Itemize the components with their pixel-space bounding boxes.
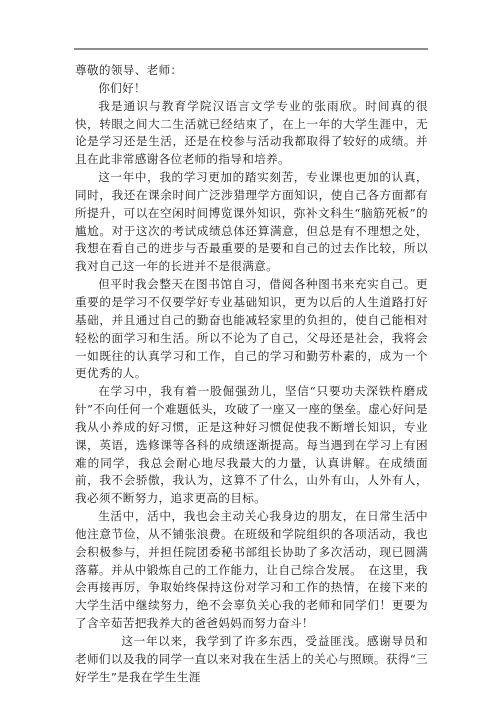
document-page: 尊敬的领导、老师： 你们好！ 我是通识与教育学院汉语言文学专业的张雨欣。时间真的… [0, 0, 500, 707]
paragraph-library-study: 但平时我会整天在图书馆自习，借阅各种图书来充实自己。更重要的是学习不仅要学好专业… [75, 276, 428, 383]
paragraph-introduction: 我是通识与教育学院汉语言文学专业的张雨欣。时间真的很快，转眼之间大二生活就已经结… [75, 98, 428, 169]
paragraph-perseverance: 在学习中，我有着一股倔强劲儿，坚信“只要功夫深铁杵磨成针”不向任何一个难题低头，… [75, 383, 428, 508]
paragraph-study-progress: 这一年中，我的学习更加的踏实刻苦，专业课也更加的认真，同时，我还在课余时间广泛涉… [75, 169, 428, 276]
paragraph-gratitude: 这一年以来，我学到了许多东西，受益匪浅。感谢导员和老师们以及我的同学一直以来对我… [75, 633, 428, 687]
paragraph-life: 生活中，活中，我也会主动关心我身边的朋友，在日常生活中他注意节俭，从不铺张浪费。… [75, 508, 428, 633]
document-body: 尊敬的领导、老师： 你们好！ 我是通识与教育学院汉语言文学专业的张雨欣。时间真的… [75, 62, 428, 687]
greeting: 你们好！ [75, 80, 428, 98]
header-rule [74, 48, 428, 50]
salutation: 尊敬的领导、老师： [75, 62, 428, 80]
